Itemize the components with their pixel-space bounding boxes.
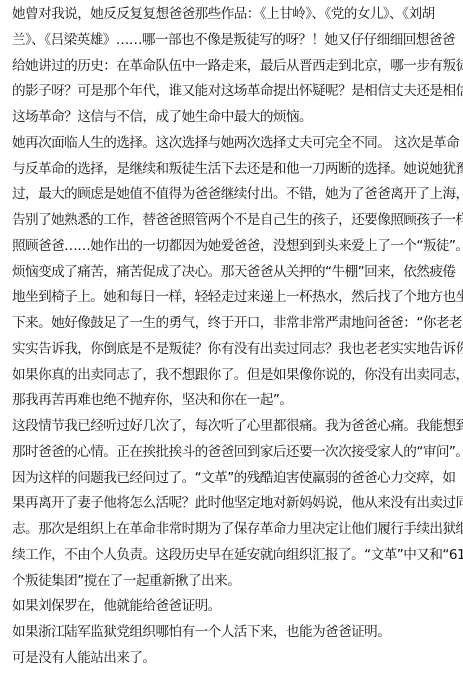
paragraph-4: 如果刘保罗在，他就能给爸爸证明。 [12, 594, 457, 620]
text-line: 她曾对我说，她反反复复想爸爸那些作品：《上甘岭》、《党的女儿》、《刘胡 [12, 2, 457, 28]
text-line: 的影子呀？可是那个年代，谁又能对这场革命提出怀疑呢？是相信丈夫还是相信 [12, 79, 457, 105]
paragraph-2: 她再次面临人生的选择。这次选择与她两次选择丈夫可完全不同。 这次是革命 与反革命… [12, 131, 457, 414]
text-line: 告别了她熟悉的工作，替爸爸照管两个不是自己生的孩子，还要像照顾孩子一样 [12, 208, 457, 234]
text-line: 如果刘保罗在，他就能给爸爸证明。 [12, 594, 457, 620]
text-line: 续工作，不由个人负责。这段历史早在延安就向组织汇报了。“文革”中又和“61 [12, 543, 457, 569]
text-line: 照顾爸爸……她作出的一切都因为她爱爸爸，没想到到头来爱上了一个“叛徒”。 [12, 234, 457, 260]
paragraph-5: 如果浙江陆军监狱党组织哪怕有一个人活下来，也能为爸爸证明。 [12, 620, 457, 646]
text-line: 过，最大的顾虑是她值不值得为爸爸继续付出。不错，她为了爸爸离开了上海， [12, 182, 457, 208]
text-line: 因为这样的问题我已经问过了。“文革”的残酷迫害使羸弱的爸爸心力交瘁，如 [12, 466, 457, 492]
text-line: 如果浙江陆军监狱党组织哪怕有一个人活下来，也能为爸爸证明。 [12, 620, 457, 646]
text-line: 兰》、《吕梁英雄》……哪一部也不像是叛徒写的呀？！她又仔仔细细回想爸爸 [12, 28, 457, 54]
text-line: 果再离开了妻子他将怎么活呢？此时他坚定地对新妈妈说，他从来没有出卖过同 [12, 491, 457, 517]
text-line: 那我再苦再难也绝不抛弃你，坚决和你在一起”。 [12, 388, 457, 414]
text-line: 这段情节我已经听过好几次了，每次听了心里都很痛。我为爸爸心痛。我能想到 [12, 414, 457, 440]
text-line: 烦恼变成了痛苦，痛苦促成了决心。那天爸爸从关押的“牛棚”回来，依然疲倦 [12, 260, 457, 286]
document-body: 她曾对我说，她反反复复想爸爸那些作品：《上甘岭》、《党的女儿》、《刘胡 兰》、《… [12, 2, 457, 672]
text-line: 地坐到椅子上。她和每日一样，轻轻走过来递上一杯热水，然后找了个地方也坐 [12, 285, 457, 311]
text-line: 那时爸爸的心情。正在挨批挨斗的爸爸回到家后还要一次次接受家人的“审问”。 [12, 440, 457, 466]
text-line: 个叛徒集团”搅在了一起重新揪了出来。 [12, 569, 457, 595]
paragraph-3: 这段情节我已经听过好几次了，每次听了心里都很痛。我为爸爸心痛。我能想到 那时爸爸… [12, 414, 457, 594]
text-line: 可是没有人能站出来了。 [12, 646, 457, 672]
text-line: 如果你真的出卖同志了，我不想跟你了。但是如果像你说的，你没有出卖同志， [12, 363, 457, 389]
text-line: 这场革命？这信与不信，成了她生命中最大的烦恼。 [12, 105, 457, 131]
text-line: 她再次面临人生的选择。这次选择与她两次选择丈夫可完全不同。 这次是革命 [12, 131, 457, 157]
text-line: 下来。她好像鼓足了一生的勇气，终于开口，非常非常严肃地问爸爸：“你老老 [12, 311, 457, 337]
text-line: 志。那次是组织上在革命非常时期为了保存革命力里决定让他们履行手续出狱继 [12, 517, 457, 543]
text-line: 给她讲过的历史：在革命队伍中一路走来，最后从晋西走到北京，哪一步有叛徒 [12, 54, 457, 80]
paragraph-6: 可是没有人能站出来了。 [12, 646, 457, 672]
text-line: 与反革命的选择，是继续和叛徒生活下去还是和他一刀两断的选择。她说她犹豫 [12, 157, 457, 183]
paragraph-1: 她曾对我说，她反反复复想爸爸那些作品：《上甘岭》、《党的女儿》、《刘胡 兰》、《… [12, 2, 457, 131]
text-line: 实实告诉我，你倒底是不是叛徒？你有没有出卖过同志？我也老老实实地告诉你， [12, 337, 457, 363]
